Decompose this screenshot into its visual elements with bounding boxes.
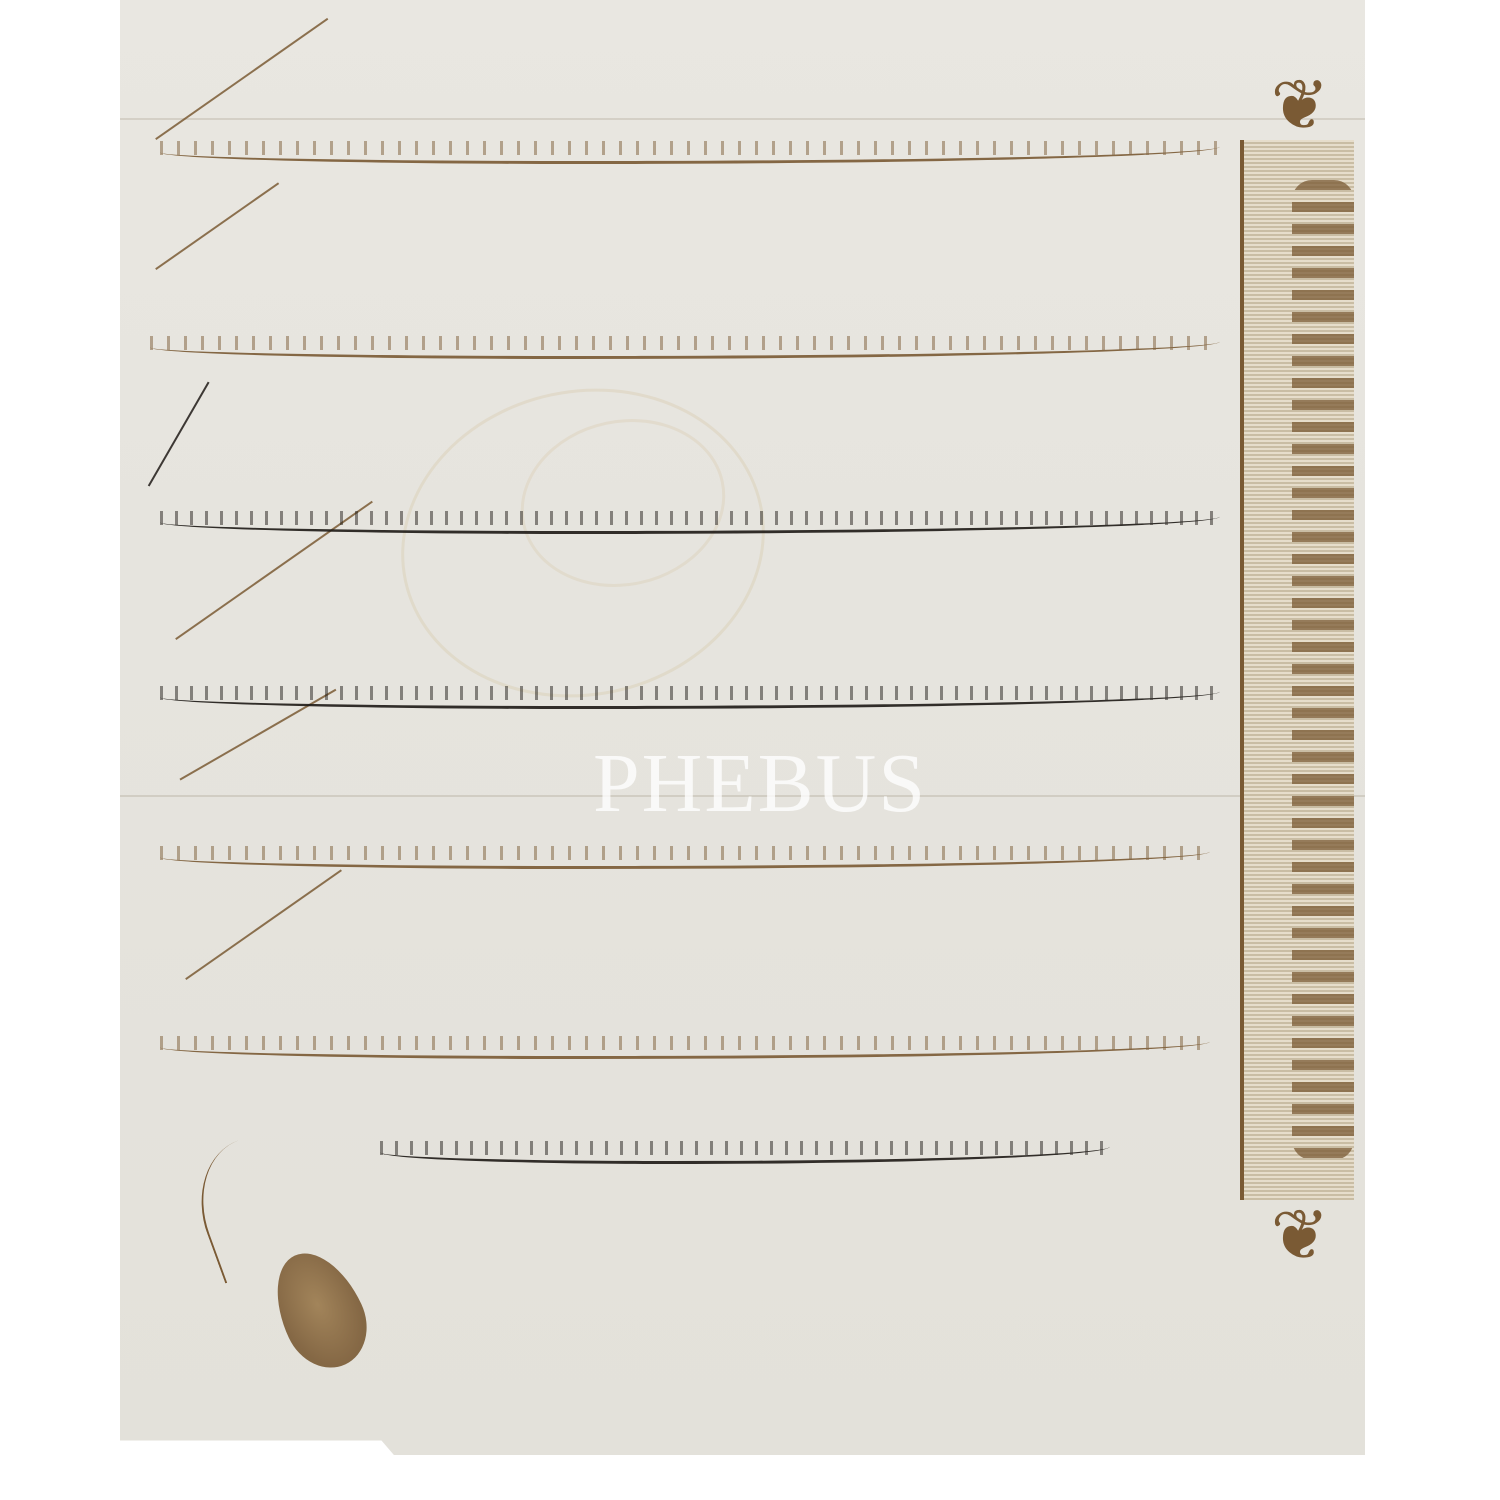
illuminated-border	[1240, 140, 1354, 1200]
floral-ornament-icon: ❦	[1255, 1190, 1345, 1280]
watermark: PHEBUS	[570, 735, 950, 832]
floral-ornament-icon: ❦	[1255, 60, 1345, 150]
border-calligraphy	[1292, 180, 1354, 1160]
fold-line	[120, 118, 1365, 120]
